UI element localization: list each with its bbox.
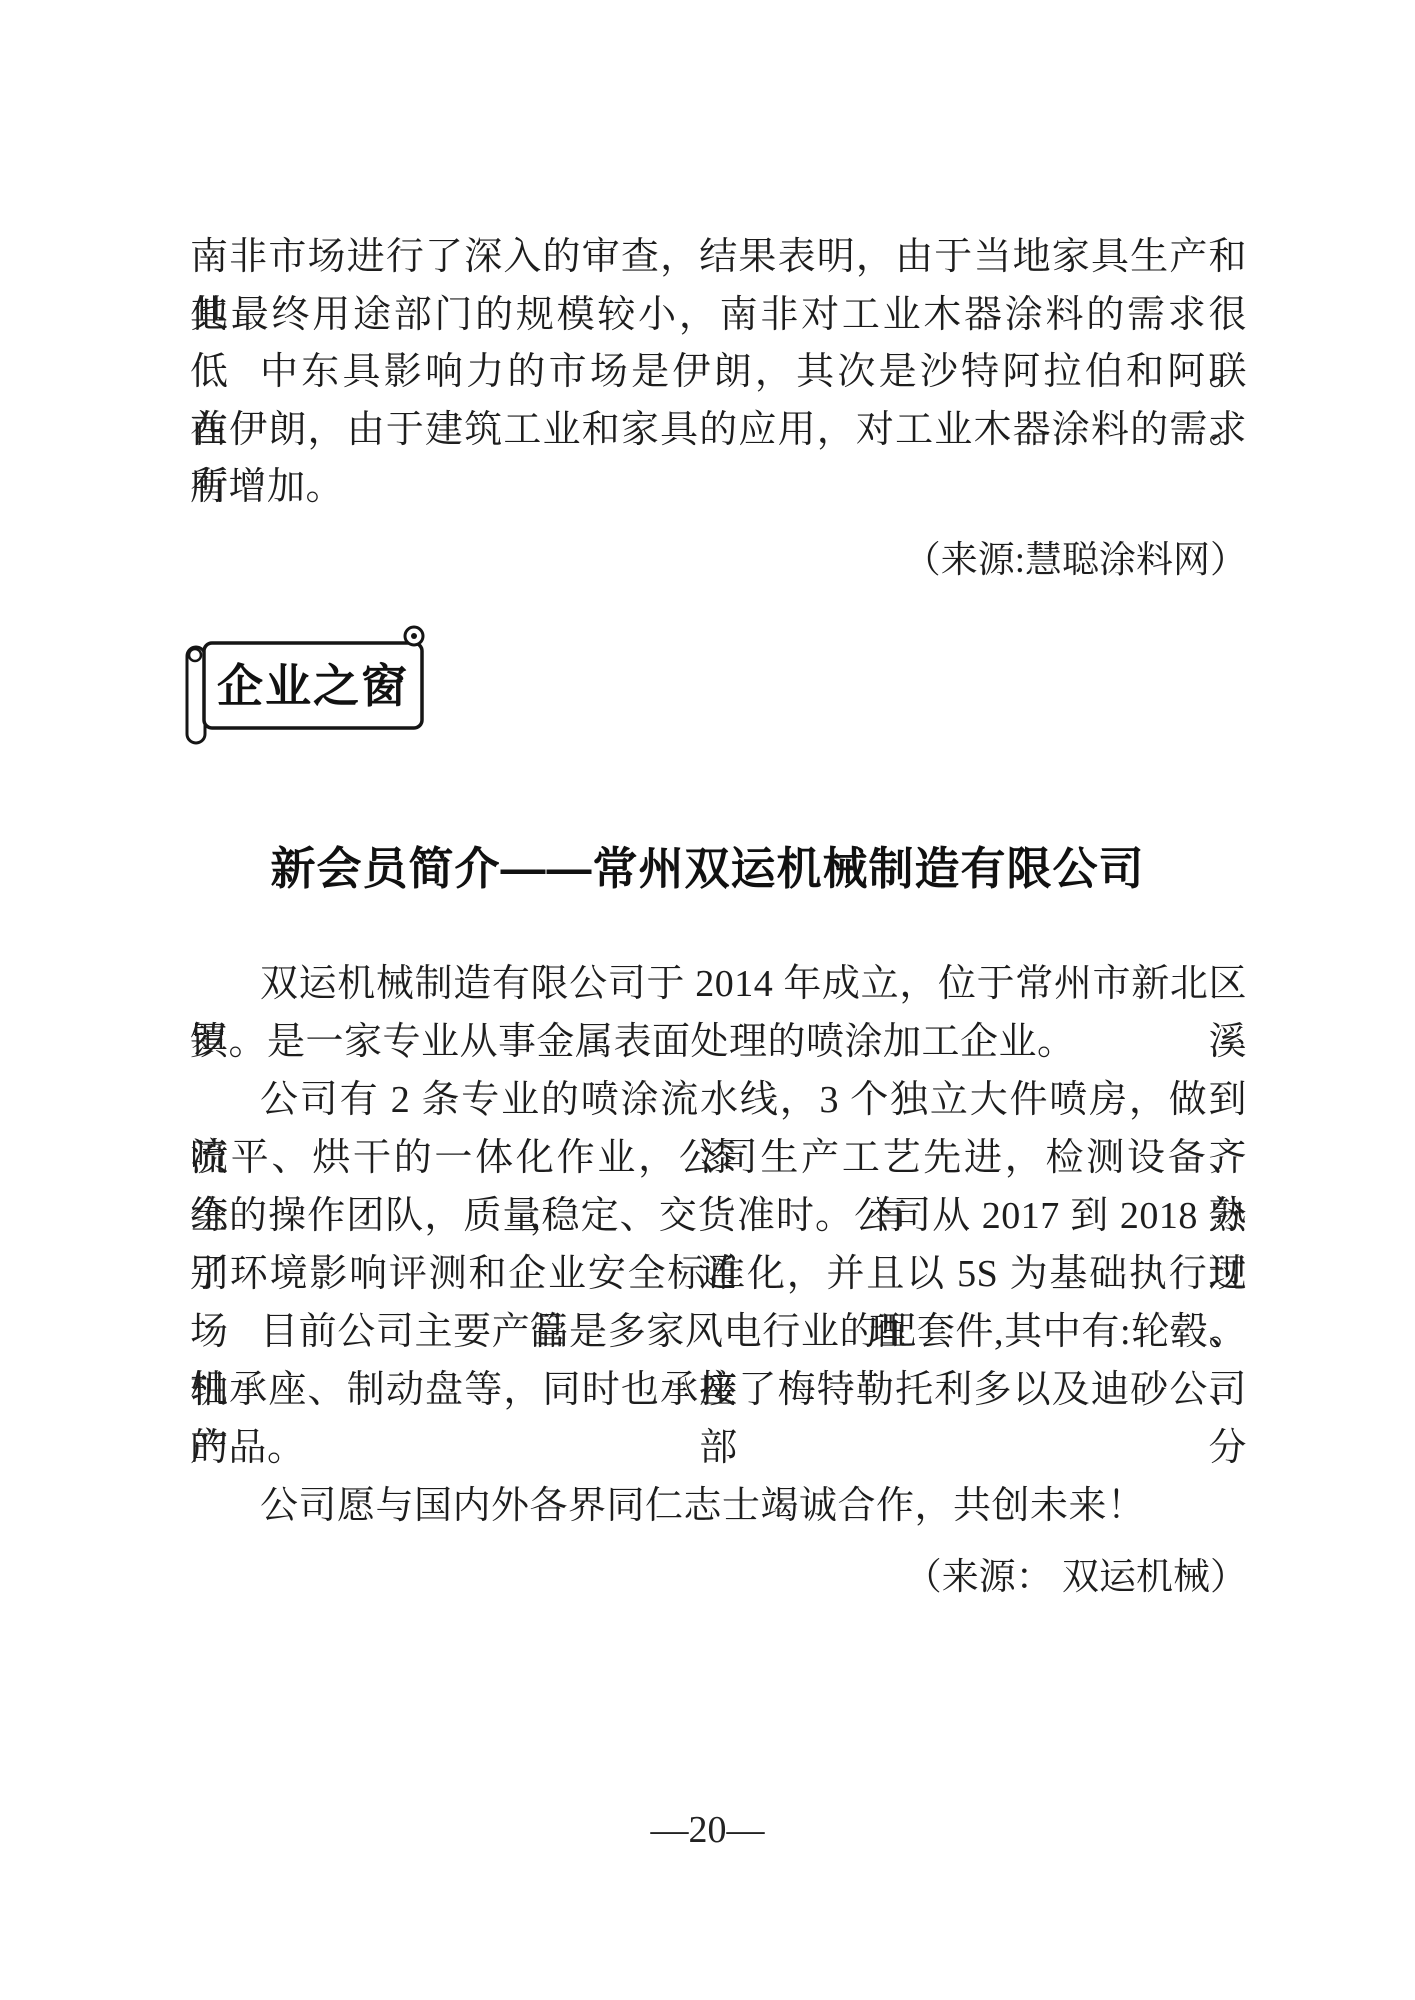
body-line: 双运机械制造有限公司于 2014 年成立，位于常州市新北区罗溪 bbox=[190, 955, 1247, 1013]
body-line: 公司有 2 条专业的喷涂流水线，3 个独立大件喷房，做到喷漆、 bbox=[190, 1071, 1247, 1129]
body-line: 中东具影响力的市场是伊朗，其次是沙特阿拉伯和阿联酋。 bbox=[190, 344, 1247, 402]
page-number: —20— bbox=[0, 1808, 1415, 1852]
body-line: 南非市场进行了深入的审查，结果表明，由于当地家具生产和其 bbox=[190, 229, 1247, 287]
source-attribution: （来源： 双运机械） bbox=[905, 1550, 1247, 1606]
scroll-banner-icon: 企业之窗 bbox=[142, 616, 442, 748]
section-banner: 企业之窗 bbox=[142, 616, 442, 748]
article-heading: 新会员简介——常州双运机械制造有限公司 bbox=[0, 832, 1415, 897]
scroll-right-curl-dot bbox=[411, 633, 417, 639]
body-line: 轴承座、制动盘等，同时也承接了梅特勒托利多以及迪砂公司的部分 bbox=[190, 1361, 1247, 1419]
body-line: 公司愿与国内外各界同仁志士竭诚合作，共创未来！ bbox=[190, 1477, 1247, 1535]
section-banner-label: 企业之窗 bbox=[217, 660, 409, 712]
body-line: 练的操作团队，质量稳定、交货准时。公司从 2017 到 2018 分别通过 bbox=[190, 1187, 1247, 1245]
body-line: 他最终用途部门的规模较小，南非对工业木器涂料的需求很低。 bbox=[190, 287, 1247, 345]
body-line: 目前公司主要产品是多家风电行业的配套件,其中有:轮毂、机座、 bbox=[190, 1303, 1247, 1361]
body-line: 了环境影响评测和企业安全标准化，并且以 5S 为基础执行现场管理。 bbox=[190, 1245, 1247, 1303]
member-intro-paragraphs: 双运机械制造有限公司于 2014 年成立，位于常州市新北区罗溪 镇。是一家专业从… bbox=[190, 955, 1247, 1535]
body-line: 所增加。 bbox=[190, 459, 1247, 517]
source-attribution: （来源:慧聪涂料网） bbox=[904, 533, 1247, 589]
document-page: { "document": { "market_report": { "line… bbox=[0, 0, 1415, 2000]
body-line: 流平、烘干的一体化作业，公司生产工艺先进，检测设备齐全，有熟 bbox=[190, 1129, 1247, 1187]
body-line: 在伊朗，由于建筑工业和家具的应用，对工业木器涂料的需求有 bbox=[190, 402, 1247, 460]
scroll-left-curl bbox=[189, 649, 201, 661]
market-report-paragraphs: 南非市场进行了深入的审查，结果表明，由于当地家具生产和其 他最终用途部门的规模较… bbox=[190, 229, 1247, 517]
